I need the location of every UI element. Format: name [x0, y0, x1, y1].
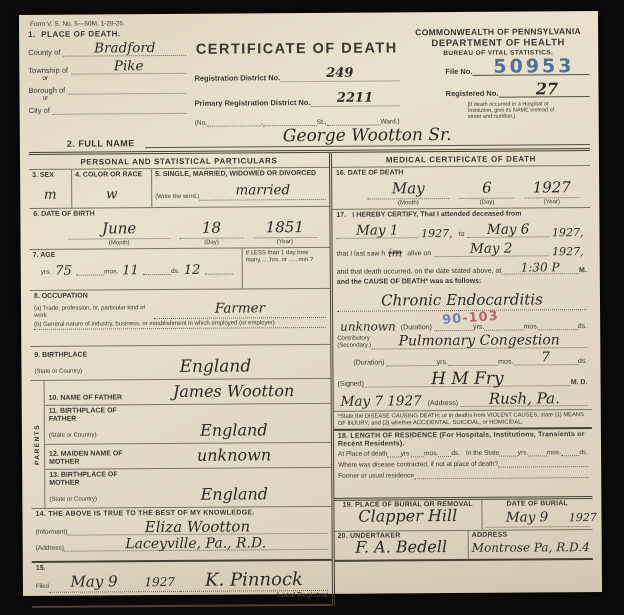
burial-date-value: May 9 — [506, 509, 549, 525]
undertaker-address-value: Montrose Pa, R.D.4 — [472, 540, 590, 555]
last-saw-text: that I last saw h — [337, 250, 386, 257]
ds-label: ds. — [578, 358, 587, 365]
former-residence-label: Former or usual residence — [338, 472, 414, 480]
no-label: (No. — [195, 120, 207, 127]
marital-label: 5. SINGLE, MARRIED, WIDOWED OR DIVORCED — [155, 170, 326, 179]
contributory-cause-value: Pulmonary Congestion — [399, 332, 560, 349]
month-label: (Month) — [367, 200, 449, 207]
ds-label: ds. — [451, 450, 460, 457]
title-block: CERTIFICATE OF DEATH Registration Distri… — [194, 27, 400, 126]
attended-from-year: 1927, — [421, 228, 453, 239]
mother-birthplace-label: 13. BIRTHPLACE OF MOTHER — [49, 471, 141, 488]
registrar-signature: K. Pinnock — [205, 569, 303, 591]
to-label: to — [456, 231, 468, 238]
yrs-label: yrs. — [518, 449, 529, 456]
age-field: 7. AGE yrs. 75 mos. 11 ds. 12 — [30, 248, 242, 289]
age-months: 11 — [122, 265, 139, 276]
hospital-note: [If death occurred in a Hospital or Inst… — [468, 101, 563, 120]
department-line: DEPARTMENT OF HEALTH — [407, 37, 589, 49]
occupation-field: 8. OCCUPATION (a) Trade, profession, or,… — [30, 289, 330, 347]
local-registrar-label: Local Registrar — [36, 592, 328, 602]
birthplace-value: England — [180, 356, 252, 376]
dod-label: 16. DATE OF DEATH — [336, 168, 586, 178]
month-label: (Month) — [69, 240, 170, 247]
duration-unknown-value: unknown — [340, 320, 396, 332]
occupation-b-label: (b) General nature of industry, business… — [34, 320, 326, 330]
birthplace-label: 9. BIRTHPLACE — [34, 351, 104, 359]
filed-year-value: 1927 — [144, 575, 175, 589]
residence-field: 18. LENGTH OF RESIDENCE (For Hospitals, … — [334, 429, 593, 501]
physician-address-value: Rush, Pa. — [489, 389, 560, 407]
day-label: (Day) — [460, 200, 515, 206]
informant-label: (Informant) — [36, 529, 68, 536]
city-label: City of — [29, 106, 53, 115]
place-title: PLACE OF DEATH. — [41, 29, 120, 39]
mos-label: mos. — [104, 268, 118, 275]
informant-address-value: Laceyville, Pa., R.D. — [125, 535, 266, 552]
burial-date-field: DATE OF BURIAL May 9 1927 — [481, 499, 592, 530]
commonwealth-line: COMMONWEALTH OF PENNSYLVANIA — [407, 26, 589, 37]
mother-maiden-field: 12. MAIDEN NAME OF MOTHER unknown — [45, 443, 331, 470]
mother-maiden-label: 12. MAIDEN NAME OF MOTHER — [49, 450, 141, 467]
marital-field: 5. SINGLE, MARRIED, WIDOWED OR DIVORCED … — [151, 168, 329, 207]
undertaker-address-field: ADDRESS Montrose Pa, R.D.4 — [468, 530, 593, 559]
personal-column: PERSONAL AND STATISTICAL PARTICULARS 3. … — [29, 153, 335, 608]
undertaker-field: 20. UNDERTAKER F. A. Bedell — [335, 531, 468, 560]
county-value: Bradford — [94, 40, 155, 56]
marital-value: married — [235, 182, 290, 198]
last-seen-date: May 2 — [470, 241, 513, 257]
body-columns: PERSONAL AND STATISTICAL PARTICULARS 3. … — [29, 148, 593, 608]
ds-label: ds. — [579, 449, 588, 456]
file-no-label: File No. — [445, 67, 472, 76]
attended-to-date: May 6 — [487, 221, 530, 237]
yrs-label: yrs. — [41, 269, 52, 276]
city-blank — [53, 113, 187, 115]
mother-birthplace-sub: (State or Country) — [49, 496, 97, 502]
m-label: M. — [579, 267, 587, 274]
place-of-death-block: 1. PLACE OF DEATH. County of Bradford To… — [28, 29, 187, 128]
father-name-field: 10. NAME OF FATHER James Wootton — [45, 379, 331, 406]
year-label: (Year) — [524, 199, 579, 205]
or-text: or — [43, 95, 187, 102]
age-days: 12 — [184, 265, 201, 276]
father-birthplace-field: 11. BIRTHPLACE OF FATHER (State or Count… — [45, 404, 331, 445]
at-place-label: At Place of death — [338, 450, 388, 457]
date-of-birth-field: 6. DATE OF BIRTH June (Month) 18 (Day) 1… — [29, 207, 329, 250]
filed-field: 15. Filed May 9 1927 K. Pinnock Local Re… — [32, 559, 332, 608]
attended-from-date: May 1 — [356, 222, 399, 238]
duration2-days-value: 7 — [541, 349, 550, 365]
header: 1. PLACE OF DEATH. County of Bradford To… — [28, 26, 590, 128]
duration-label: (Duration) — [399, 324, 434, 331]
certify-bold-text: I HEREBY CERTIFY, — [352, 211, 418, 218]
father-birthplace-label: 11. BIRTHPLACE OF FATHER — [49, 407, 141, 424]
sex-value: m — [44, 187, 57, 203]
burial-year-value: 1927 — [569, 511, 597, 524]
last-seen-year: 1927, — [552, 246, 584, 257]
age-years: 75 — [55, 266, 72, 277]
occupation-value: Farmer — [215, 300, 265, 316]
pencil-annotation: 90-103 — [442, 309, 500, 328]
mother-birthplace-value: England — [201, 484, 269, 503]
filed-date-value: May 9 — [70, 572, 117, 590]
township-label: Township of — [28, 66, 71, 75]
race-value: w — [106, 186, 118, 202]
certificate-title: CERTIFICATE OF DEATH — [194, 40, 399, 57]
primary-district-label: Primary Registration District No. — [195, 98, 311, 108]
parents-vertical-label: PARENTS — [31, 381, 46, 508]
signed-date-value: May 7 1927 — [341, 395, 422, 409]
residence-label: 18. LENGTH OF RESIDENCE (For Hospitals, … — [338, 431, 588, 449]
burial-date-label: DATE OF BURIAL — [485, 500, 589, 508]
full-name-label: 2. FULL NAME — [67, 138, 145, 149]
township-value: Pike — [114, 58, 144, 74]
physician-signature: H M Fry — [431, 369, 504, 390]
him-scribble: im — [388, 247, 402, 258]
mos-label: mos. — [424, 450, 438, 457]
medical-column: MEDICAL CERTIFICATE OF DEATH 16. DATE OF… — [332, 151, 593, 606]
mother-maiden-value: unknown — [197, 445, 271, 465]
occupation-a-label: (a) Trade, profession, or, particular ki… — [34, 305, 154, 320]
death-certificate-document: Form V. S. No. 5—50M. 1-29-26. 1. PLACE … — [19, 11, 602, 596]
birthplace-field: 9. BIRTHPLACE (State or Country) England — [30, 345, 330, 381]
agency-block: COMMONWEALTH OF PENNSYLVANIA DEPARTMENT … — [407, 26, 590, 125]
death-occurred-text: and that death occurred, on the date sta… — [337, 268, 502, 276]
signed-address-label: (Address) — [425, 400, 461, 407]
informant-field: 14. THE ABOVE IS TRUE TO THE BEST OF MY … — [31, 507, 331, 561]
informant-address-label: (Address) — [36, 545, 64, 552]
dod-year-value: 1927 — [533, 178, 571, 196]
secondary-label: (Secondary.) — [337, 343, 371, 349]
date-of-death-field: 16. DATE OF DEATH May (Month) 6 (Day) 19… — [332, 166, 590, 210]
dob-day-value: 18 — [202, 219, 221, 237]
mos-label: mos. — [547, 449, 561, 456]
place-num: 1. — [28, 30, 36, 39]
birthplace-sub: (State or Country) — [34, 369, 82, 375]
parents-block: PARENTS 10. NAME OF FATHER James Wootton… — [31, 379, 332, 509]
ds-label: ds. — [578, 323, 587, 330]
age-less-note: If LESS than 1 day how many......hrs. or… — [242, 248, 330, 289]
registered-no-value: 27 — [536, 79, 558, 98]
mother-birthplace-field: 13. BIRTHPLACE OF MOTHER (State or Count… — [45, 468, 331, 508]
cause-intro-text: and the CAUSE OF DEATH* was as follows: — [337, 277, 587, 287]
sex-label: 3. SEX — [32, 172, 68, 180]
race-label: 4. COLOR OR RACE — [75, 171, 148, 180]
burial-place-field: 19. PLACE OF BURIAL OR REMOVAL Clapper H… — [334, 500, 481, 531]
day-label: (Day) — [180, 239, 243, 245]
full-name-row: 2. FULL NAME George Wootton Sr. — [67, 126, 590, 149]
reg-district-label: Registration District No. — [194, 73, 280, 83]
dob-month-value: June — [102, 219, 136, 237]
primary-district-value: 2211 — [337, 91, 373, 106]
burial-place-value: Clapper Hill — [358, 506, 457, 526]
md-label: M. D. — [571, 379, 588, 386]
contracted-label: Where was disease contracted, if not at … — [338, 461, 498, 469]
father-name-label: 10. NAME OF FATHER — [49, 394, 141, 403]
duration2-label: (Duration) — [337, 359, 386, 366]
dod-month-value: May — [392, 179, 425, 197]
primary-cause-value: Chronic Endocarditis — [381, 290, 543, 309]
in-state-label: In the State — [466, 450, 499, 457]
file-no-stamp: 50953 — [493, 55, 574, 78]
ds-label: ds. — [171, 268, 180, 275]
cause-footnote: *State the DISEASE CAUSING DEATH; or in … — [334, 409, 592, 431]
informant-value: Eliza Wootton — [145, 517, 250, 536]
marital-hint: (Write the word.) — [155, 194, 199, 201]
time-of-death: 1:30 P — [521, 260, 560, 274]
signed-label: (Signed) — [337, 381, 364, 388]
borough-label: Borough of — [28, 86, 68, 95]
registered-no-label: Registered No. — [446, 89, 499, 98]
mos-label: mos. — [498, 359, 513, 366]
yrs-label: yrs. — [437, 359, 448, 366]
attended-to-year: 1927, — [552, 227, 584, 238]
dob-year-value: 1851 — [266, 218, 304, 236]
county-label: County of — [28, 48, 63, 57]
or-text: or — [42, 75, 186, 82]
yrs-label: yrs. — [401, 450, 412, 457]
alive-on-text: alive on — [405, 250, 433, 257]
certification-field: 17. I HEREBY CERTIFY, That I attended de… — [332, 208, 591, 408]
full-name-value: George Wootton Sr. — [283, 125, 452, 146]
certify-num: 17. — [336, 212, 352, 220]
race-field: 4. COLOR OR RACE w — [71, 169, 151, 208]
filed-label: Filed — [36, 584, 49, 593]
father-name-value: James Wootton — [173, 381, 294, 401]
sex-field: 3. SEX m — [29, 170, 71, 208]
undertaker-value: F. A. Bedell — [355, 537, 447, 557]
age-label: 7. AGE — [33, 251, 239, 260]
certify-rest-text: That I attended deceased from — [420, 211, 521, 219]
year-label: (Year) — [253, 239, 316, 245]
mos-label: mos. — [523, 323, 538, 330]
father-birthplace-sub: (State or Country) — [49, 432, 97, 438]
reg-district-value: 249 — [326, 66, 353, 81]
father-birthplace-value: England — [200, 420, 268, 439]
dod-day-value: 6 — [482, 179, 492, 197]
